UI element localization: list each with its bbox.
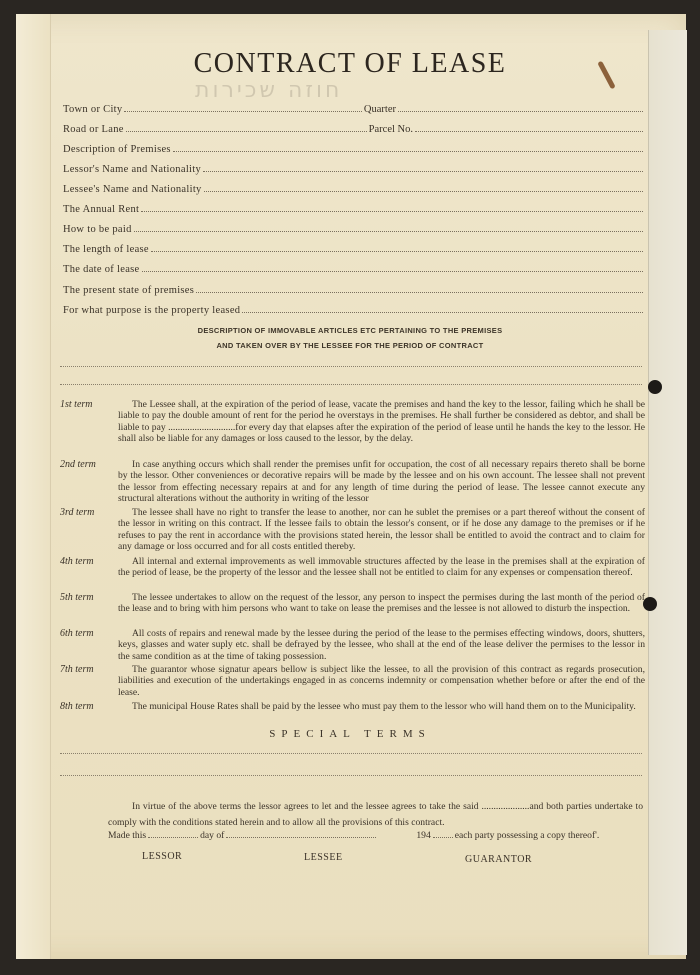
term-label: 6th term [60,628,118,639]
term-5: 5th term The lessee undertakes to allow … [60,592,645,615]
term-text: The guarantor whose signatur apears bell… [118,664,645,698]
field-how-paid: How to be paid [63,221,645,235]
page-title: CONTRACT OF LEASE [0,48,700,80]
paper-fold [16,14,51,959]
signature-lessee[interactable]: LESSEE [304,852,343,863]
description-heading-line1: DESCRIPTION OF IMMOVABLE ARTICLES ETC PE… [0,326,700,335]
blank-how-paid[interactable] [134,231,643,232]
term-text: The municipal House Rates shall be paid … [132,701,636,712]
term-text: The lessee undertakes to allow on the re… [118,592,645,614]
term-text: In case anything occurs which shall rend… [118,459,645,504]
blank-town-city[interactable] [124,111,361,112]
signature-lessor[interactable]: LESSOR [142,851,182,862]
blank-road-lane[interactable] [126,131,367,132]
field-town-city: Town or City Quarter [63,101,645,115]
made-this-line: Made this day of 194 each party possessi… [108,830,643,841]
field-present-state: The present state of premises [63,282,645,296]
blank-present-state[interactable] [196,292,643,293]
punch-hole-icon [648,380,662,394]
term-label: 7th term [60,664,118,675]
term-1: 1st term The Lessee shall, at the expira… [60,399,645,445]
term-8: 8th term The municipal House Rates shall… [60,701,645,712]
blank-parcel-no[interactable] [415,131,643,132]
term-text: All costs of repairs and renewal made by… [118,628,645,662]
term-label: 8th term [60,701,118,712]
term-label: 3rd term [60,507,118,518]
blank-length-lease[interactable] [151,251,643,252]
field-length-lease: The length of lease [63,241,645,255]
ghost-hebrew-title: חוזה שכירות [195,78,342,103]
blank-lessor-name[interactable] [203,171,643,172]
term-4: 4th term All internal and external impro… [60,556,645,579]
field-lessor-name: Lessor's Name and Nationality [63,161,645,175]
term-7: 7th term The guarantor whose signatur ap… [60,664,645,698]
field-description-premises: Description of Premises [63,141,645,155]
field-lessee-name: Lessee's Name and Nationality [63,181,645,195]
term-label: 4th term [60,556,118,567]
term-2: 2nd term In case anything occurs which s… [60,459,645,505]
blank-special-terms-line-1[interactable] [60,753,642,754]
blank-annual-rent[interactable] [141,211,643,212]
blank-purpose[interactable] [242,312,643,313]
field-date-lease: The date of lease [63,261,645,275]
term-label: 5th term [60,592,118,603]
term-text: The lessee shall have no right to transf… [118,507,645,552]
term-label: 1st term [60,399,118,410]
blank-special-terms-line-2[interactable] [60,775,642,776]
field-purpose: For what purpose is the property leased [63,302,645,316]
term-text: The Lessee shall, at the expiration of t… [118,399,645,444]
blank-quarter[interactable] [398,111,643,112]
field-annual-rent: The Annual Rent [63,201,645,215]
term-6: 6th term All costs of repairs and renewa… [60,628,645,662]
signature-guarantor[interactable]: GUARANTOR [465,854,532,865]
blank-description-premises[interactable] [173,151,643,152]
field-road-lane: Road or Lane Parcel No. [63,121,645,135]
closing-paragraph: In virtue of the above terms the lessor … [108,799,643,831]
blank-date-lease[interactable] [142,271,643,272]
blank-description-line-2[interactable] [60,384,642,385]
punch-hole-icon [643,597,657,611]
blank-day[interactable] [148,837,198,838]
blank-month[interactable] [226,837,376,838]
blank-year[interactable] [433,837,453,838]
paper-edge-strip [648,30,687,955]
term-label: 2nd term [60,459,118,470]
blank-lessee-name[interactable] [204,191,643,192]
description-heading-line2: AND TAKEN OVER BY THE LESSEE FOR THE PER… [0,341,700,350]
blank-description-line-1[interactable] [60,366,642,367]
term-3: 3rd term The lessee shall have no right … [60,507,645,553]
special-terms-heading: SPECIAL TERMS [0,728,700,740]
term-text: All internal and external improvements a… [118,556,645,578]
